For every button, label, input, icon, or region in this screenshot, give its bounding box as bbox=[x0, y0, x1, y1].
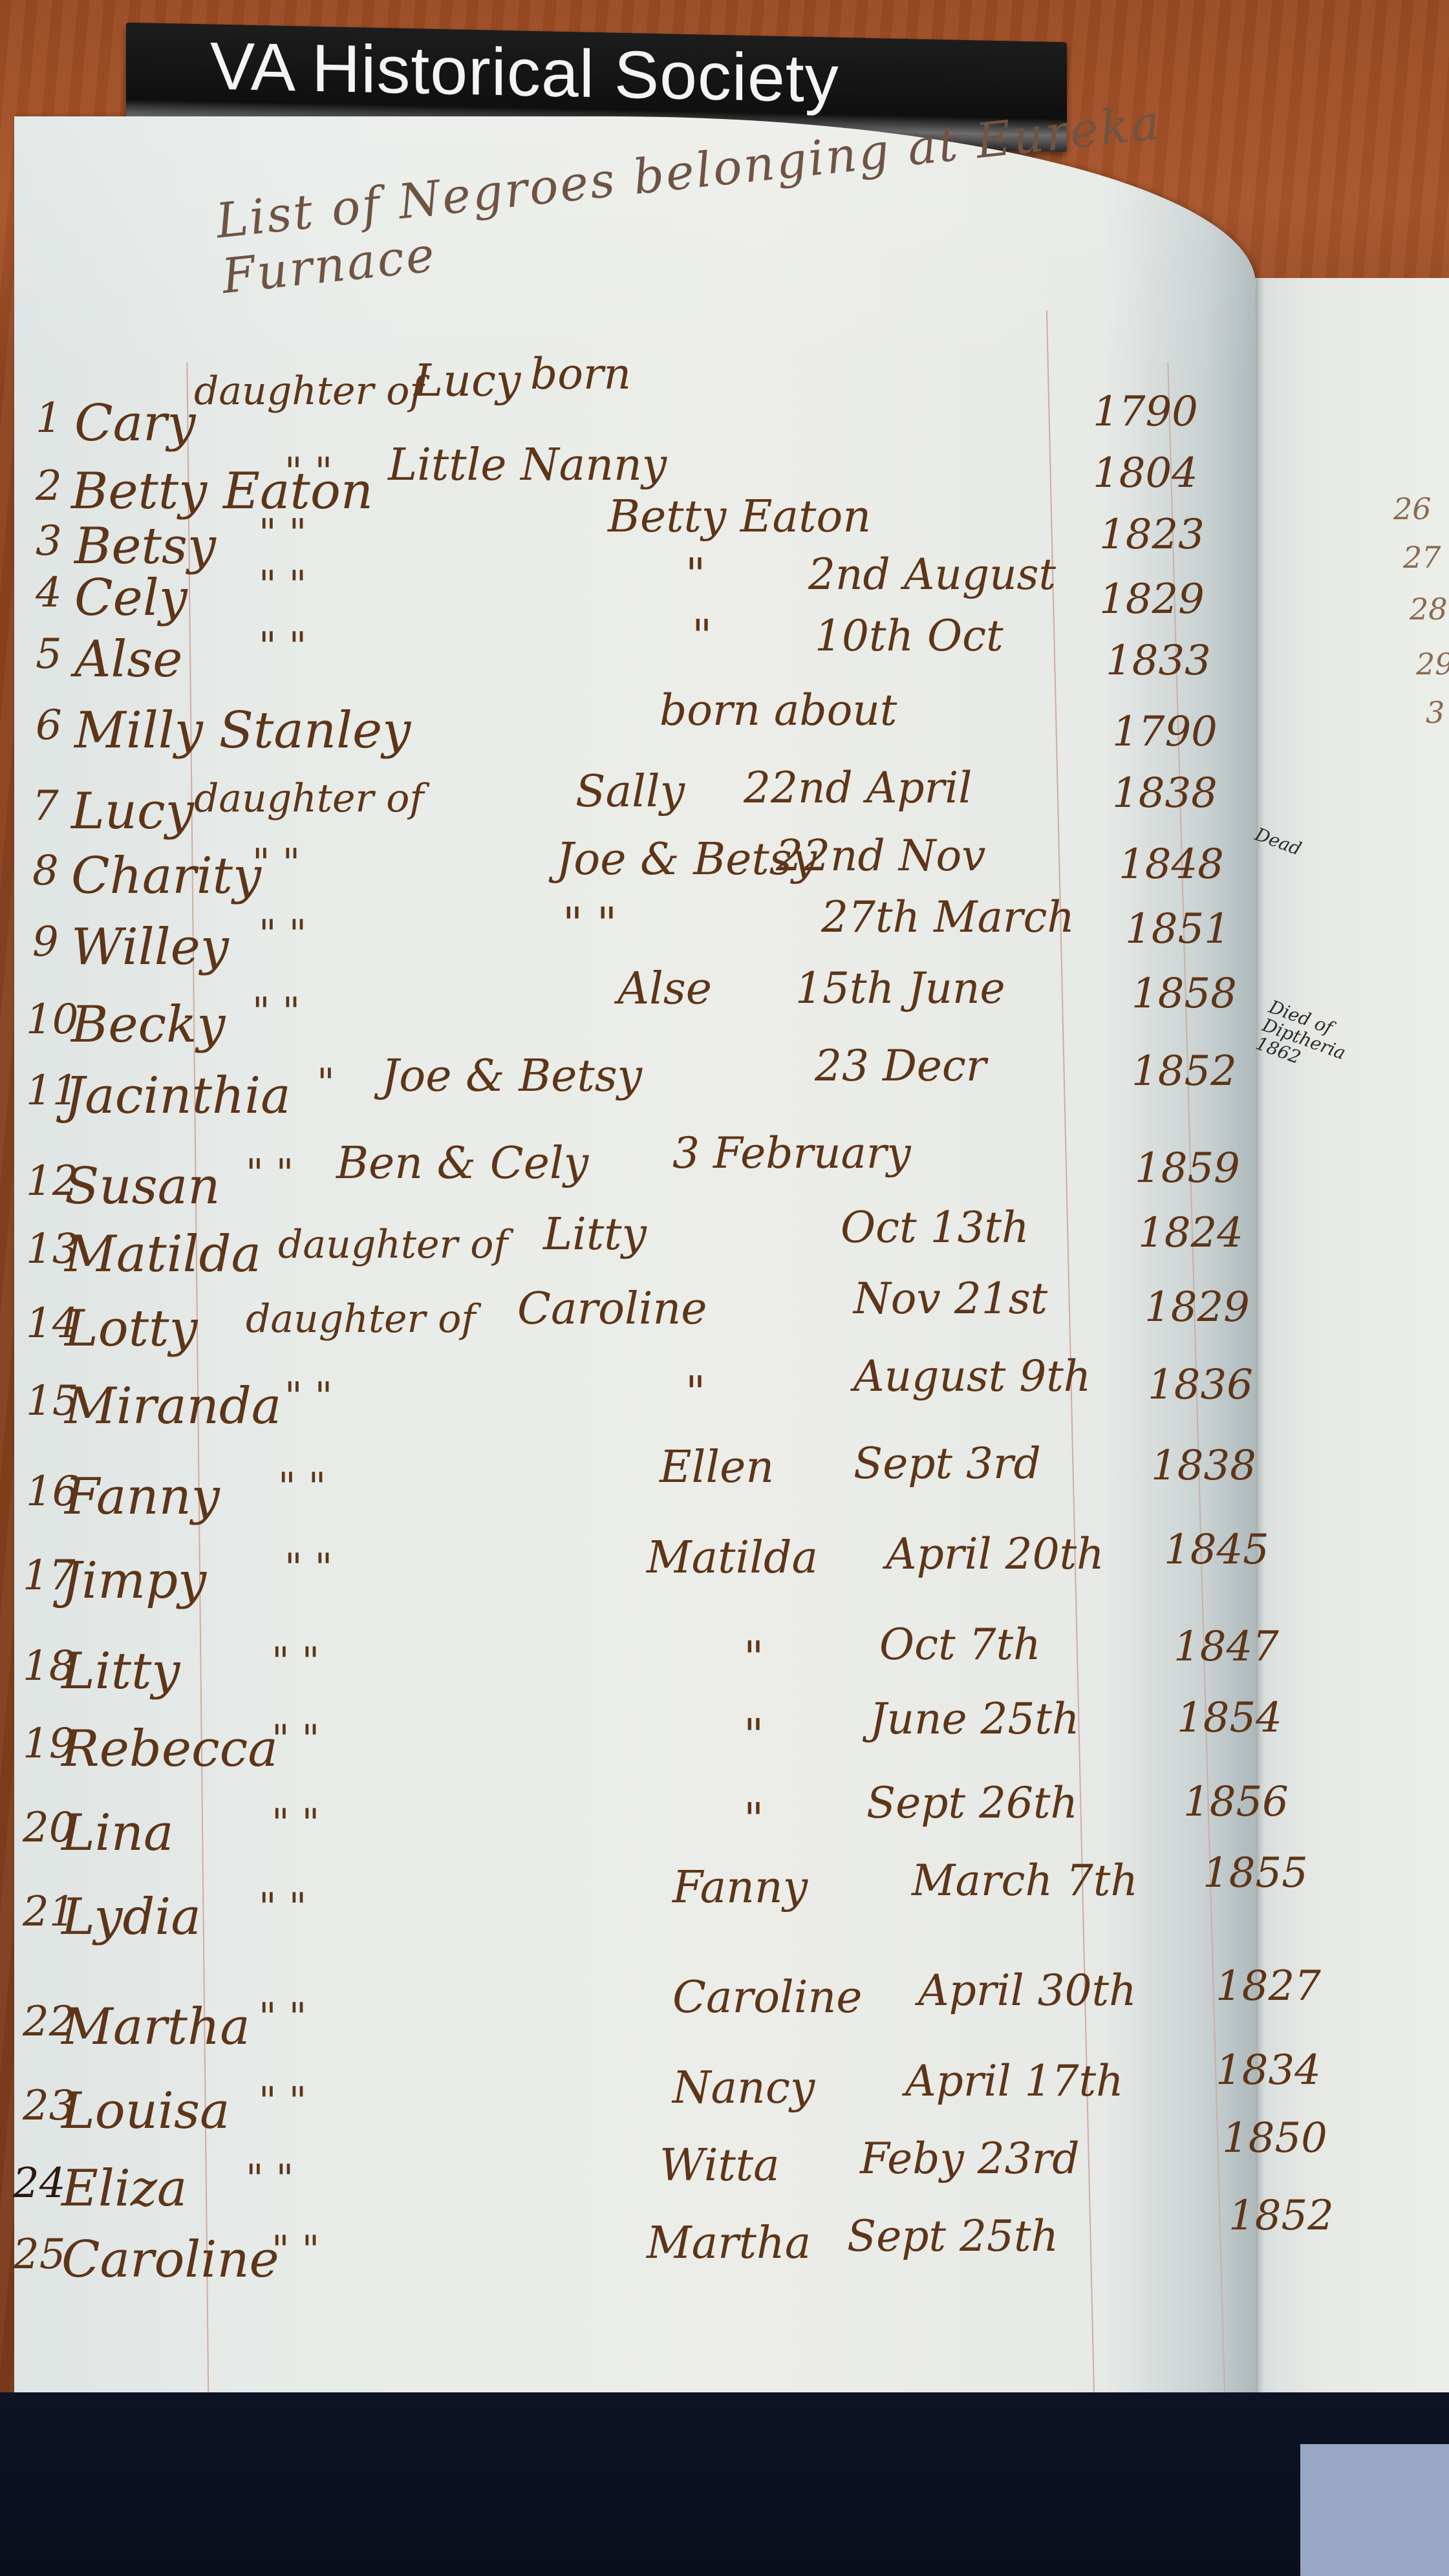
entry-name: Eliza bbox=[61, 2160, 187, 2218]
entry-date: Feby 23rd bbox=[860, 2134, 1080, 2184]
entry-relation: " " bbox=[272, 1717, 319, 1762]
entry-relation: " " bbox=[259, 2079, 306, 2124]
entry-name: Miranda bbox=[65, 1377, 281, 1435]
entry-parent: Betty Eaton bbox=[608, 491, 871, 542]
entry-name: Martha bbox=[61, 1998, 250, 2056]
entry-date: born bbox=[530, 349, 631, 399]
entry-name: Betsy bbox=[74, 517, 216, 575]
entry-date: 23 Decr bbox=[815, 1041, 986, 1091]
entry-parent: Ellen bbox=[660, 1442, 774, 1493]
plaque-label: VA Historical Society bbox=[210, 28, 839, 118]
entry-parent: " " bbox=[563, 899, 617, 950]
entry-number: 9 bbox=[32, 918, 59, 966]
entry-year: 1790 bbox=[1093, 388, 1198, 436]
entry-relation: " " bbox=[272, 1639, 319, 1684]
entry-number: 4 bbox=[36, 569, 62, 617]
entry-year: 1804 bbox=[1093, 449, 1198, 497]
entry-relation: " " bbox=[259, 511, 306, 556]
entry-date: March 7th bbox=[912, 1856, 1138, 1905]
entry-relation: daughter of bbox=[246, 1296, 476, 1342]
entry-date: 2nd August bbox=[808, 550, 1056, 599]
entry-number: 3 bbox=[36, 517, 62, 565]
entry-number: 5 bbox=[36, 630, 62, 678]
entry-parent: Nancy bbox=[672, 2063, 815, 2114]
entry-name: Caroline bbox=[61, 2231, 279, 2289]
entry-parent: Caroline bbox=[672, 1972, 863, 2023]
right-page-number: 26 bbox=[1393, 491, 1432, 526]
entry-year: 1838 bbox=[1112, 769, 1218, 817]
entry-name: Susan bbox=[65, 1157, 220, 1216]
entry-name: Lydia bbox=[61, 1888, 201, 1946]
entry-name: Rebecca bbox=[61, 1720, 278, 1778]
entry-parent: Sally bbox=[575, 766, 685, 817]
entry-number: 7 bbox=[32, 782, 59, 830]
entry-parent: Lucy bbox=[414, 356, 521, 407]
entry-year: 1823 bbox=[1099, 511, 1205, 559]
entry-relation: " " bbox=[272, 1801, 319, 1846]
entry-name: Lina bbox=[61, 1804, 173, 1862]
entry-date: Nov 21st bbox=[853, 1274, 1047, 1324]
entry-name: Alse bbox=[74, 630, 182, 689]
entry-parent: " bbox=[685, 550, 705, 601]
entry-year: 1851 bbox=[1125, 905, 1230, 953]
entry-date: born about bbox=[660, 685, 897, 735]
entry-relation: " " bbox=[284, 449, 332, 495]
entry-date: April 20th bbox=[886, 1529, 1104, 1579]
entry-year: 1859 bbox=[1135, 1144, 1240, 1192]
entry-name: Matilda bbox=[65, 1225, 261, 1283]
entry-name: Jimpy bbox=[61, 1552, 206, 1610]
entry-relation: " " bbox=[259, 624, 306, 669]
entry-date: Oct 13th bbox=[841, 1203, 1029, 1252]
entry-year: 1852 bbox=[1132, 1047, 1237, 1095]
entry-relation: daughter of bbox=[194, 776, 424, 821]
entry-date: April 17th bbox=[905, 2056, 1124, 2106]
entry-relation: daughter of bbox=[278, 1222, 508, 1267]
entry-year: 1836 bbox=[1148, 1361, 1253, 1409]
entry-date: Sept 25th bbox=[847, 2211, 1058, 2261]
entry-relation: " bbox=[317, 1060, 335, 1106]
entry-relation: " " bbox=[259, 912, 306, 957]
entry-date: 15th June bbox=[795, 963, 1005, 1013]
entry-date: April 30th bbox=[918, 1966, 1137, 2015]
entry-year: 1847 bbox=[1174, 1623, 1279, 1671]
entry-number: 2 bbox=[36, 462, 62, 510]
entry-date: 22nd Nov bbox=[776, 831, 986, 881]
entry-year: 1856 bbox=[1183, 1778, 1289, 1826]
right-page-number: 29 bbox=[1416, 647, 1449, 682]
entry-relation: " " bbox=[259, 563, 306, 608]
entry-date: Oct 7th bbox=[879, 1620, 1041, 1669]
entry-number: 24 bbox=[13, 2160, 65, 2207]
entry-relation: daughter of bbox=[194, 369, 424, 414]
entry-year: 1854 bbox=[1177, 1694, 1282, 1742]
entry-parent: Martha bbox=[647, 2218, 811, 2269]
entry-year: 1848 bbox=[1119, 841, 1224, 888]
entry-date: 3 February bbox=[672, 1128, 911, 1178]
entry-relation: " " bbox=[246, 1151, 294, 1196]
entry-relation: " " bbox=[246, 2156, 294, 2202]
entry-relation: " " bbox=[259, 1995, 306, 2040]
entry-year: 1858 bbox=[1132, 970, 1237, 1018]
entry-date: 10th Oct bbox=[815, 611, 1004, 661]
entry-year: 1829 bbox=[1144, 1283, 1250, 1331]
entry-name: Jacinthia bbox=[65, 1067, 291, 1125]
entry-name: Charity bbox=[71, 847, 261, 905]
entry-relation: " " bbox=[272, 2227, 319, 2273]
entry-parent: " bbox=[744, 1633, 764, 1684]
entry-row: 25 Caroline " " Martha Sept 25th 1852 bbox=[0, 2231, 1241, 2321]
entry-name: Becky bbox=[71, 996, 226, 1054]
entry-date: 22nd April bbox=[744, 763, 972, 813]
right-page-number: 28 bbox=[1410, 592, 1448, 627]
entry-number: 8 bbox=[32, 847, 59, 895]
entry-date: August 9th bbox=[853, 1351, 1091, 1401]
entry-name: Cely bbox=[74, 569, 188, 627]
entry-parent: Little Nanny bbox=[388, 440, 667, 491]
entry-parent: Fanny bbox=[672, 1862, 808, 1913]
entry-name: Lotty bbox=[65, 1300, 198, 1358]
entry-relation: " " bbox=[259, 1885, 306, 1930]
entry-row: 11 Jacinthia " Joe & Betsy 23 Decr 1852 bbox=[0, 1067, 1241, 1157]
entry-year: 1845 bbox=[1164, 1526, 1269, 1574]
entry-parent: Ben & Cely bbox=[336, 1138, 588, 1189]
entry-relation: " " bbox=[284, 1374, 332, 1419]
entry-parent: Alse bbox=[617, 963, 712, 1014]
entry-relation: " " bbox=[284, 1545, 332, 1591]
entry-relation: " " bbox=[252, 841, 300, 886]
entry-parent: Caroline bbox=[517, 1283, 707, 1335]
entry-name: Milly Stanley bbox=[74, 702, 411, 760]
entry-year: 1827 bbox=[1216, 1962, 1321, 2010]
blue-fabric bbox=[1300, 2444, 1449, 2576]
right-page-number: 27 bbox=[1403, 540, 1441, 575]
entry-number: 25 bbox=[13, 2231, 65, 2279]
entry-year: 1834 bbox=[1216, 2046, 1321, 2094]
entry-number: 6 bbox=[36, 702, 62, 749]
entry-number: 1 bbox=[36, 394, 62, 442]
entry-name: Louisa bbox=[61, 2082, 230, 2140]
entry-parent: " bbox=[692, 611, 712, 662]
entry-name: Willey bbox=[71, 918, 229, 976]
entry-date: Sept 3rd bbox=[853, 1439, 1041, 1488]
entry-parent: Joe & Betsy bbox=[381, 1051, 642, 1102]
entry-relation: " " bbox=[278, 1465, 326, 1510]
entry-year: 1855 bbox=[1203, 1849, 1308, 1897]
entry-year: 1852 bbox=[1229, 2192, 1334, 2240]
right-page-number: 3 bbox=[1426, 695, 1444, 730]
entry-date: 27th March bbox=[821, 892, 1075, 942]
entry-parent: " bbox=[744, 1794, 764, 1845]
entry-parent: Matilda bbox=[647, 1532, 818, 1583]
entry-year: 1850 bbox=[1222, 2114, 1327, 2162]
entry-relation: " " bbox=[252, 989, 300, 1035]
entry-parent: " bbox=[685, 1368, 705, 1419]
entry-date: Sept 26th bbox=[866, 1778, 1078, 1828]
entry-name: Lucy bbox=[71, 782, 194, 841]
entry-name: Fanny bbox=[65, 1468, 220, 1526]
entry-year: 1829 bbox=[1099, 575, 1205, 623]
entry-name: Cary bbox=[74, 394, 196, 453]
entry-year: 1833 bbox=[1106, 637, 1211, 685]
dark-tablecloth bbox=[0, 2392, 1449, 2576]
entry-date: June 25th bbox=[870, 1694, 1080, 1744]
entry-row: 17 Jimpy " " Matilda April 20th 1845 bbox=[0, 1552, 1241, 1642]
entry-row: 15 Miranda " " " August 9th 1836 bbox=[0, 1377, 1241, 1468]
entry-parent: Litty bbox=[543, 1209, 647, 1260]
entry-parent: " bbox=[744, 1710, 764, 1761]
entry-year: 1838 bbox=[1151, 1442, 1256, 1490]
entry-parent: Witta bbox=[660, 2140, 780, 2191]
entry-year: 1824 bbox=[1138, 1209, 1243, 1257]
entry-row: 21 Lydia " " Fanny March 7th 1855 bbox=[0, 1888, 1241, 1979]
entry-name: Litty bbox=[61, 1642, 180, 1701]
entry-year: 1790 bbox=[1112, 708, 1218, 756]
